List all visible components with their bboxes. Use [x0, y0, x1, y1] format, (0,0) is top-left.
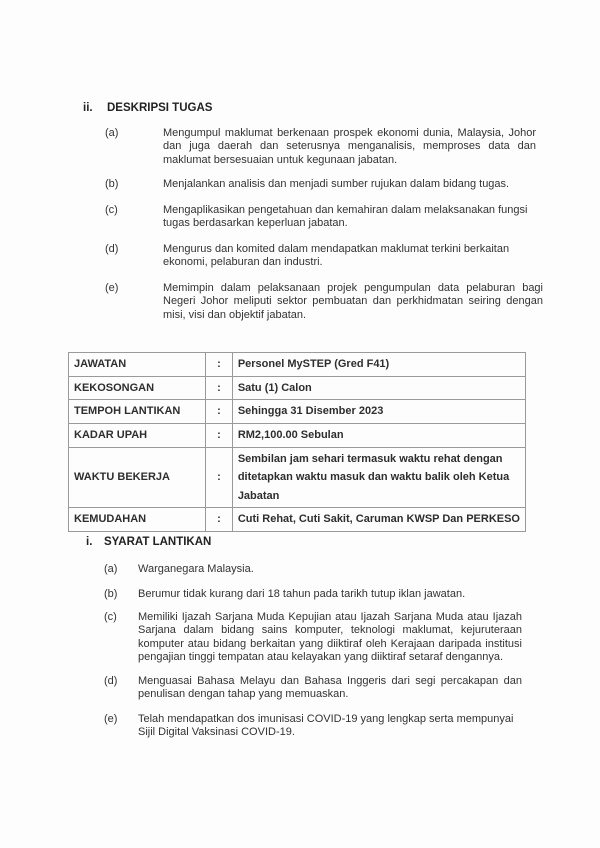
row-separator: :	[206, 423, 233, 447]
duty-text: Mengaplikasikan pengetahuan dan kemahira…	[163, 204, 548, 231]
table-row: TEMPOH LANTIKAN : Sehingga 31 Disember 2…	[69, 400, 526, 424]
table-row: WAKTU BEKERJA : Sembilan jam sehari term…	[69, 447, 526, 508]
requirement-text: Memiliki Ijazah Sarjana Muda Kepujian at…	[138, 611, 522, 665]
row-key: WAKTU BEKERJA	[69, 447, 206, 508]
section-title: DESKRIPSI TUGAS	[107, 102, 212, 114]
section-number: ii.	[83, 102, 93, 114]
table-row: KEMUDAHAN : Cuti Rehat, Cuti Sakit, Caru…	[69, 508, 526, 532]
job-info-table: JAWATAN : Personel MySTEP (Gred F41) KEK…	[68, 352, 526, 532]
section-number: i.	[86, 536, 92, 548]
row-value: Sembilan jam sehari termasuk waktu rehat…	[232, 447, 525, 508]
row-key: KADAR UPAH	[69, 423, 206, 447]
duty-text: Mengurus dan komited dalam mendapatkan m…	[163, 243, 548, 270]
table-row: JAWATAN : Personel MySTEP (Gred F41)	[69, 353, 526, 377]
requirement-text: Menguasai Bahasa Melayu dan Bahasa Ingge…	[138, 675, 522, 702]
row-value: Cuti Rehat, Cuti Sakit, Caruman KWSP Dan…	[232, 508, 525, 532]
table-row: KEKOSONGAN : Satu (1) Calon	[69, 376, 526, 400]
requirement-text: Warganegara Malaysia.	[138, 563, 518, 576]
duty-text: Memimpin dalam pelaksanaan projek pengum…	[163, 282, 543, 322]
row-value: Satu (1) Calon	[232, 376, 525, 400]
row-separator: :	[206, 447, 233, 508]
row-key: KEMUDAHAN	[69, 508, 206, 532]
row-separator: :	[206, 376, 233, 400]
section-title: SYARAT LANTIKAN	[104, 536, 211, 548]
duty-text: Menjalankan analisis dan menjadi sumber …	[163, 178, 543, 191]
requirement-text: Telah mendapatkan dos imunisasi COVID-19…	[138, 713, 524, 740]
duty-text: Mengumpul maklumat berkenaan prospek eko…	[163, 127, 536, 167]
requirement-text: Berumur tidak kurang dari 18 tahun pada …	[138, 588, 538, 601]
table-row: KADAR UPAH : RM2,100.00 Sebulan	[69, 423, 526, 447]
document-page: ii. DESKRIPSI TUGAS (a) Mengumpul maklum…	[0, 0, 600, 848]
row-separator: :	[206, 353, 233, 377]
row-separator: :	[206, 508, 233, 532]
row-separator: :	[206, 400, 233, 424]
row-key: KEKOSONGAN	[69, 376, 206, 400]
row-value: Sehingga 31 Disember 2023	[232, 400, 525, 424]
row-key: JAWATAN	[69, 353, 206, 377]
row-value: RM2,100.00 Sebulan	[232, 423, 525, 447]
row-key: TEMPOH LANTIKAN	[69, 400, 206, 424]
row-value: Personel MySTEP (Gred F41)	[232, 353, 525, 377]
